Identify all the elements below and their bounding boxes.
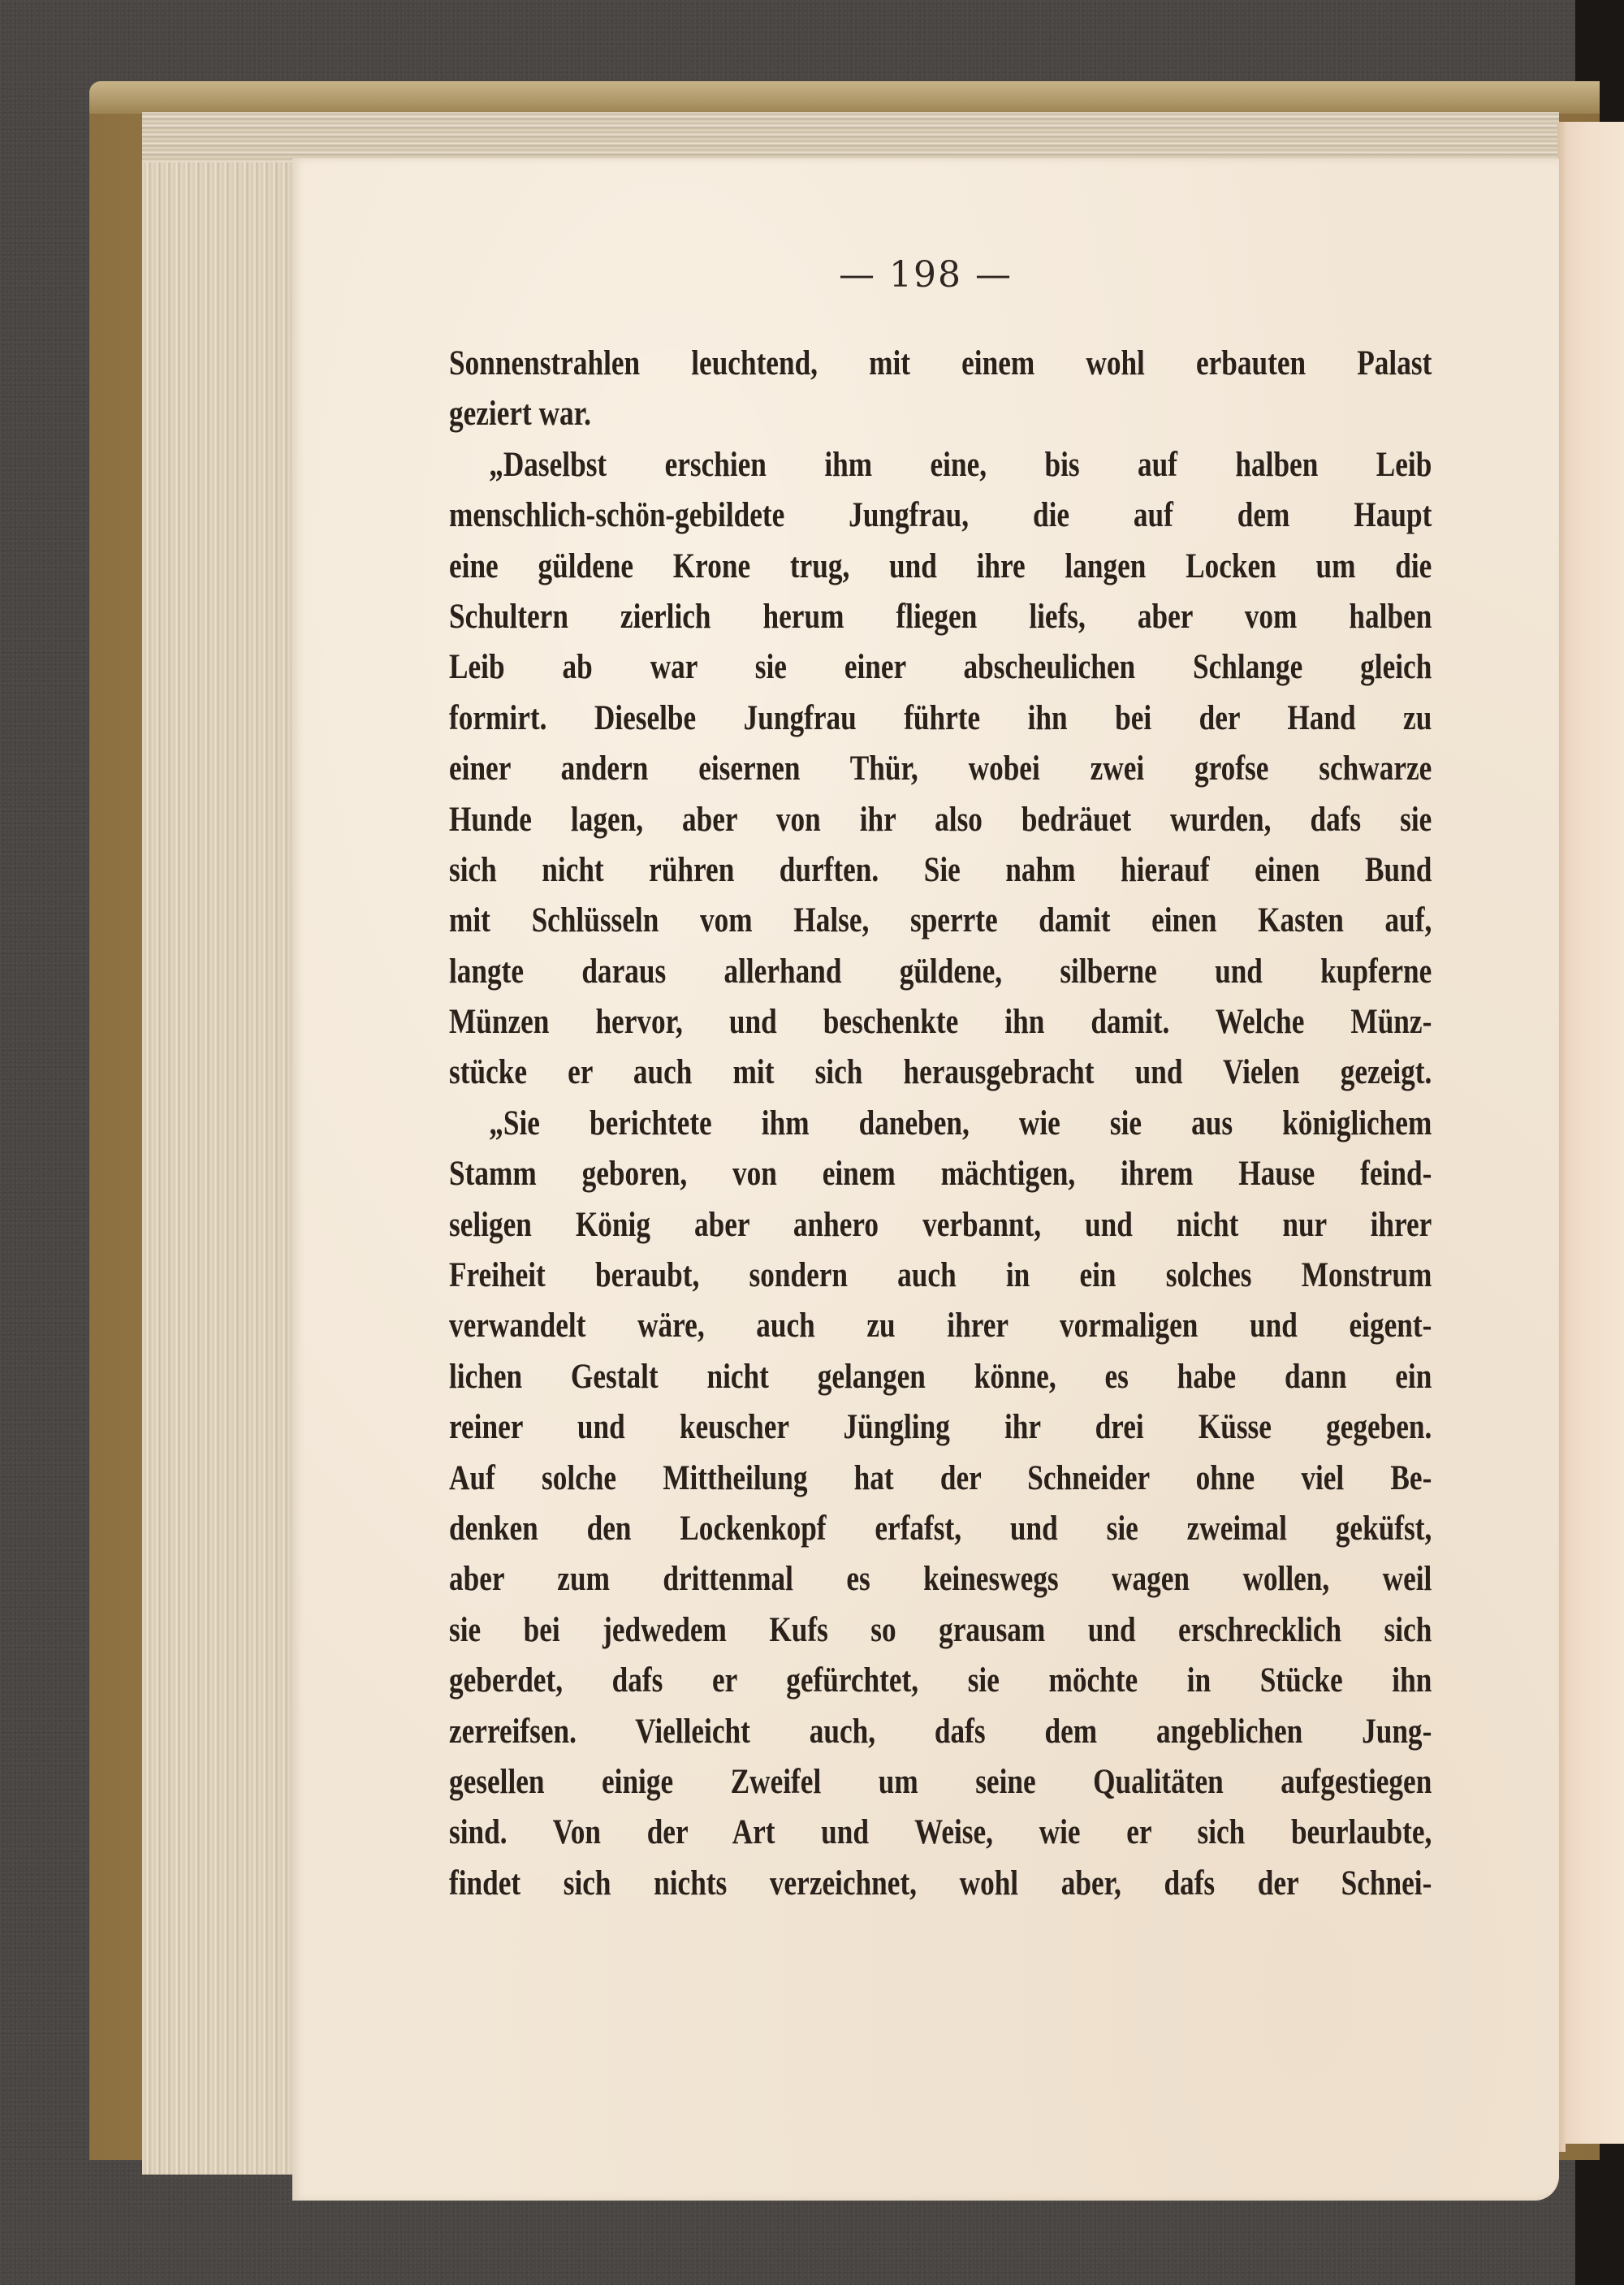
text-line: findet sich nichts verzeichnet, wohl abe… (449, 1859, 1432, 1909)
book-cover-top-edge (89, 81, 1600, 114)
text-line: seligen König aber anhero verbannt, und … (449, 1200, 1432, 1250)
text-line: aber zum drittenmal es keineswegs wagen … (449, 1554, 1432, 1605)
text-line: zerreifsen. Vielleicht auch, dafs dem an… (449, 1707, 1432, 1757)
text-line: gesellen einige Zweifel um seine Qualitä… (449, 1757, 1432, 1808)
text-line: stücke er auch mit sich herausgebracht u… (449, 1047, 1432, 1098)
text-line: formirt. Dieselbe Jungfrau führte ihn be… (449, 693, 1432, 744)
text-line: „Sie berichtete ihm daneben, wie sie aus… (449, 1099, 1432, 1149)
text-line: geziert war. (449, 389, 1432, 439)
text-line: Hunde lagen, aber von ihr also bedräuet … (449, 795, 1432, 845)
text-line: langte daraus allerhand güldene, silbern… (449, 947, 1432, 997)
text-line: einer andern eisernen Thür, wobei zwei g… (449, 744, 1432, 794)
text-line: Schultern zierlich herum fliegen liefs, … (449, 592, 1432, 642)
text-line: lichen Gestalt nicht gelangen könne, es … (449, 1352, 1432, 1402)
page-number: — 198 — (292, 254, 1559, 296)
text-line: denken den Lockenkopf erfafst, und sie z… (449, 1504, 1432, 1554)
text-line: Münzen hervor, und beschenkte ihn damit.… (449, 997, 1432, 1047)
page-edge-stack-top (142, 112, 1559, 162)
text-line: sich nicht rühren durften. Sie nahm hier… (449, 845, 1432, 896)
text-line: Sonnenstrahlen leuchtend, mit einem wohl… (449, 339, 1432, 389)
text-line: sind. Von der Art und Weise, wie er sich… (449, 1808, 1432, 1858)
text-line: eine güldene Krone trug, und ihre langen… (449, 542, 1432, 592)
text-line: geberdet, dafs er gefürchtet, sie möchte… (449, 1656, 1432, 1706)
body-text: Sonnenstrahlen leuchtend, mit einem wohl… (449, 339, 1255, 1909)
text-line: „Daselbst erschien ihm eine, bis auf hal… (449, 440, 1432, 490)
text-line: reiner und keuscher Jüngling ihr drei Kü… (449, 1402, 1432, 1453)
text-line: Auf solche Mittheilung hat der Schneider… (449, 1454, 1432, 1504)
text-line: Stamm geboren, von einem mächtigen, ihre… (449, 1149, 1432, 1199)
text-line: Freiheit beraubt, sondern auch in ein so… (449, 1250, 1432, 1301)
text-line: Leib ab war sie einer abscheulichen Schl… (449, 642, 1432, 693)
facing-page (1563, 122, 1624, 2144)
text-line: sie bei jedwedem Kufs so grausam und ers… (449, 1605, 1432, 1656)
text-line: menschlich-schön-gebildete Jungfrau, die… (449, 490, 1432, 541)
text-line: verwandelt wäre, auch zu ihrer vormalige… (449, 1301, 1432, 1351)
text-line: mit Schlüsseln vom Halse, sperrte damit … (449, 896, 1432, 946)
book-page: — 198 — Sonnenstrahlen leuchtend, mit ei… (292, 158, 1559, 2201)
